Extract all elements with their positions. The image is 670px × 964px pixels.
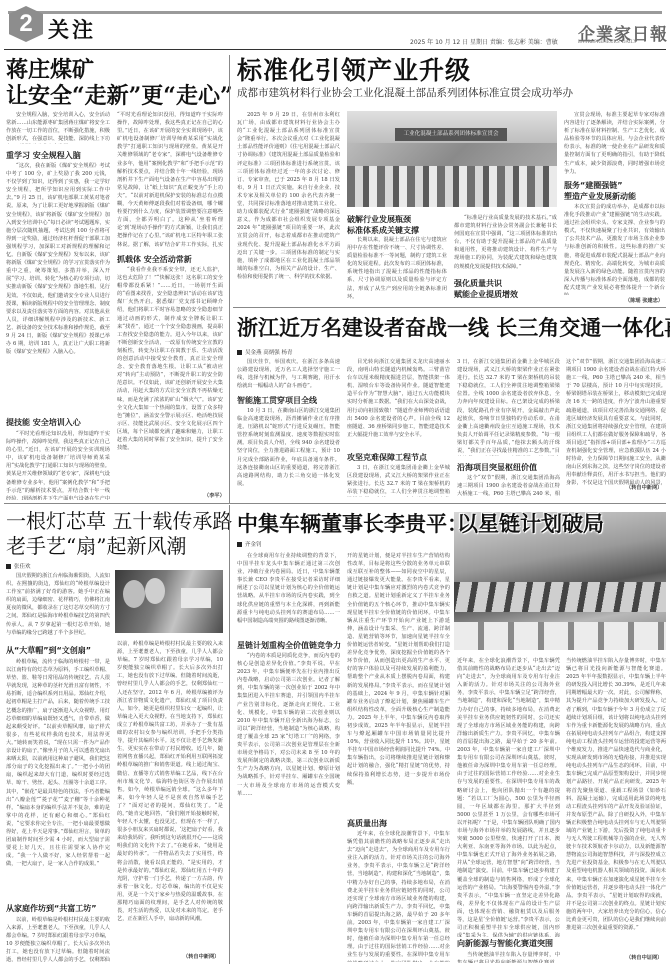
article3-subhead-3: 沿海项目突显枢纽价值 [457,462,537,473]
article5-body-2: “内卷的本质是同质化竞争，而反内卷的核心是创造差异化价值。”李贵平说。早在 20… [237,652,340,962]
article3-title: 浙江近万名建设者奋战一线 长三角交通一体化再提速 [237,316,670,340]
article3-body-5-cont: 这个“双节”假期，浙江交通集团沿海高速三期项目 1900 余名建设者奋战在甬江特… [566,358,666,488]
article3-body-1: 国庆佳节，举国欢庆。在浙江多条高速公路建设现场，近万名工人选择坚守施工一线，选择… [237,358,340,391]
article1-title-line1: 蒋庄煤矿 [6,58,94,83]
article2-body-2: 长期以来，混凝土部品在住宅与建筑应用中存在性能评价不统一、尺寸协调性差、质量检验… [347,236,447,302]
article1-lead: 安全规程入脑，安全培训入心，安全活动常新……山东能源枣矿集团蒋庄煤矿将安全工作放… [6,111,110,144]
article1-subhead-3: 抓载体 安全活动常新 [117,254,192,265]
article5-byline: 齐金钊 [237,540,262,548]
newspaper-logo-english: ENTREPRENEURS' DAILY [578,40,637,45]
article5-body-5: 当传统燃油半挂车陷入存量博弈时，中集车辆已将目光投向新能源与智能化赛道。2025… [457,951,560,963]
article4-photo-fans [115,570,223,633]
article2-subtitle: 成都市建筑材料行业协会工业化混凝土部品系列团体标准宣贯会成功举办 [237,87,573,99]
article4-subhead-1: 从“大草帽”到“文创扇” [6,645,91,656]
article1-signature: （李平） [204,492,225,499]
article5-body-3: 开的星链计划，便是对半挂车生产营销结构性改革，目标是将这些分散的业务单元串联成互… [347,552,450,812]
photo-banner: 工业化混凝土部品系列团体标准宣贯会 [395,128,507,141]
dateline: 2025 年 10 月 12 日 星期日 责编：张志彬 美编：曹敏 [410,37,558,46]
byline-square-icon [237,350,242,355]
article3-body-5: 这个“双节”假期，浙江交通集团沿海高速三期项目 1900 余名建设者奋战在甬江特… [457,474,560,498]
article5-signature: （转自中证网） [626,954,662,961]
article3-body-4: 3 日，在浙江交通集团甬金衢上金华城区段建设现场，武义江大桥的架梁作业正在紧张进… [347,464,450,497]
column-divider-2 [229,505,230,964]
article2-body-3: “标准是行业高质量发展的技术基石。”成都市建筑材料行业协会常务副会长兼秘书长何国… [454,214,557,272]
article2-subhead-1a: 破解行业发展瓶颈 [347,214,411,225]
article2-subhead-2a: 强化质量共识 [454,278,502,289]
article2-photo-conference: 工业化混凝土部品系列团体标准宣贯会 [347,111,557,207]
article5-title-part2: 以星链计划破局 [457,512,604,536]
article4-body-3-cont: 以前，岭根草编是岭根村村民最主要的收入来源，上至耄耋老人，下至孩童，几乎人人都会… [117,640,223,958]
article1-title-line2: 让安全“走新”更“走心” [6,84,233,109]
article3-signature: （转自中新网） [626,484,662,491]
article1-body-1: “这次，我在新版《煤矿安全规程》考试中考了 100 分，矿上奖励了我 200 元… [6,162,110,390]
article3-body-3: 目光转向浙江交通集团义龙庆高速丽水段，南明山特长隧道内机械轰鸣。三臂凿岩台车以厘… [347,358,450,448]
article1-body-2-cont: “平时光看理论知识没用，得知道咋干实际咋操作，故障咋处理，我这些真正记在自己的心… [117,111,223,249]
top-rule [8,11,662,14]
article1-body-2: “平时光看理论知识没用，得知道咋干实际咋操作，故障咋处理，我这些真正记在自己的心… [6,430,110,500]
article5-body-4-cont: 近年来，在全球化浪潮背景下，中集车辆凭借其前瞻性的战略布局正逐步从“走出去”迈向… [457,657,560,937]
article3-subhead-2: 攻坚克难保障工程节点 [347,452,427,463]
article4-byline: 张佳欢 [6,562,31,570]
article4-subhead-2: 从家庭作坊到“共富工坊” [6,903,97,914]
article2-signature: （陈瑶 张建忠） [625,297,663,304]
article2-body-4: 宣贯会现场，标准主要起草专家对标准内容进行了逐条解读，并结合实际案例，分析了标准… [564,111,665,177]
article5-byline-text: 齐金钊 [245,542,262,548]
article4-signature: （转自中新网） [183,953,219,960]
article5-subhead-1: 星链计划重构全价值链竞争力 [237,640,341,651]
article1-subhead-1: 重学习 安全规程入脑 [6,150,81,161]
article3-subhead-1: 智能施工贯穿项目全线 [237,395,317,406]
article3-body-4-cont: 3 日，在浙江交通集团甬金衢上金华城区段建设现场，武义江大桥的架梁作业正在紧张进… [457,358,560,456]
article4-body-3: 以前，岭根草编是岭根村村民最主要的收入来源，上至耄耋老人，下至孩童，几乎人人都会… [6,916,110,962]
row-divider-2 [233,307,666,308]
byline-square-icon [6,564,11,569]
byline-square-icon [237,542,242,547]
article5-body-5-cont: 当传统燃油半挂车陷入存量博弈时，中集车辆已将目光投向新能源与智能化赛道。2025… [566,657,666,953]
section-title: 关注 [48,14,96,44]
column-divider [229,55,230,503]
article2-subhead-2b: 赋能企业提质增效 [454,289,518,300]
article2-subhead-3b: 塑造产业发展新动能 [564,191,636,202]
article5-body-1: 在全球商用车行业持续调整的背景下，中国半挂车龙头中集车辆正通过第三次创业，冲破行… [237,552,340,634]
article4-body-1: 国庆假期的浙江台州临海紫阳街，人流如织。在熙攘的街边，郑仙红的“岭根草编设计工作… [6,572,110,638]
article2-body-1: 2025 年 9 月 29 日，在崇州市永利红瓦广场，由成都市建筑材料行业协会主… [237,111,340,305]
article5-subhead-2: 高质量出海 [347,818,387,829]
article1-subhead-2: 提技能 安全培训入心 [6,417,81,428]
article5-body-4: 近年来，在全球化浪潮背景下，中集车辆凭借其前瞻性的战略布局正逐步从“走出去”迈向… [347,830,450,962]
article5-title-part1: 中集车辆董事长李贵平： [237,512,468,536]
article4-body-2: 岭根草编，流传于临海的岭根村一带，是以江南特有的灯芯草为原料，手工编织草帽、草垫… [6,658,110,898]
row-divider [4,503,666,504]
article5-subhead-3: 向新能源与智能化赛道突围 [457,938,553,949]
article4-byline-text: 张佳欢 [14,564,31,570]
article3-byline: 吴金燕 高炳强 杨青 [237,348,293,356]
article4-title-line1: 一根灯芯草 五十载传承路 [6,510,232,533]
article2-body-5: 本次宣贯会的成功举办，是成都市以标准化手段推动产业“建圈强链”的生动实践。通过社… [564,203,665,295]
article2-title: 标准化引领产业升级 [237,57,471,86]
article4-title-line2: 老手艺“扇”起新风潮 [6,535,186,558]
article2-subhead-1b: 标准体系成关键支撑 [347,225,419,236]
article3-body-2: 10 月 3 日，在衢南山区的浙江交通集团临金高速建设现场，沥青摊铺作业正有序推… [237,407,340,497]
article3-byline-text: 吴金燕 高炳强 杨青 [245,350,293,356]
header-rule [4,49,666,50]
article1-body-3: “我看作业我不系安全带，还无人监护，这也太危险了！”“快解这张！这名职工的安全帽… [117,266,223,490]
article2-subhead-3a: 服务“建圈强链” [564,180,623,191]
